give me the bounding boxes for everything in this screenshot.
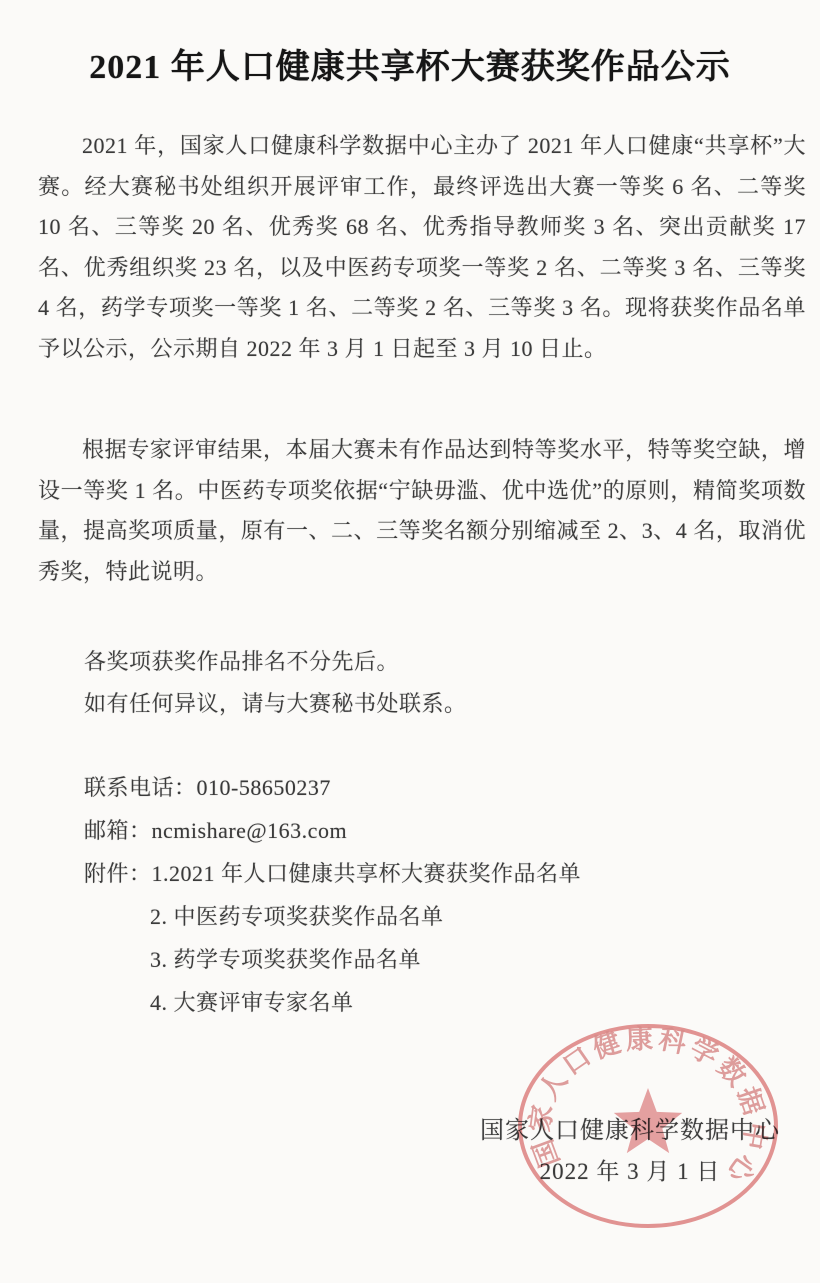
paragraph-overview: 2021 年，国家人口健康科学数据中心主办了 2021 年人口健康“共享杯”大赛… — [38, 126, 806, 369]
note-objection: 如有任何异议，请与大赛秘书处联系。 — [84, 690, 467, 718]
official-seal: 国家人口健康科学数据中心 — [508, 1016, 788, 1241]
phone-number: 010-58650237 — [197, 775, 331, 800]
attachment-item-1: 1.2021 年人口健康共享杯大赛获奖作品名单 — [152, 861, 582, 886]
paragraph-award-adjustment: 根据专家评审结果，本届大赛未有作品达到特等奖水平，特等奖空缺，增设一等奖 1 名… — [38, 430, 806, 592]
star-icon — [614, 1088, 682, 1153]
email-label: 邮箱： — [84, 818, 152, 843]
attachment-item-4: 4. 大赛评审专家名单 — [150, 989, 354, 1017]
attachments-label: 附件： — [84, 861, 152, 886]
note-ranking: 各奖项获奖作品排名不分先后。 — [84, 648, 399, 676]
attachment-item-2: 2. 中医药专项奖获奖作品名单 — [150, 903, 444, 931]
document-page: 2021 年人口健康共享杯大赛获奖作品公示 2021 年，国家人口健康科学数据中… — [0, 0, 820, 1283]
contact-phone-line: 联系电话：010-58650237 — [84, 774, 331, 802]
attachments-line: 附件：1.2021 年人口健康共享杯大赛获奖作品名单 — [84, 860, 581, 888]
document-title: 2021 年人口健康共享杯大赛获奖作品公示 — [0, 39, 820, 88]
email-address: ncmishare@163.com — [152, 818, 348, 843]
phone-label: 联系电话： — [84, 775, 197, 800]
contact-email-line: 邮箱：ncmishare@163.com — [84, 817, 347, 845]
attachment-item-3: 3. 药学专项奖获奖作品名单 — [150, 946, 421, 974]
